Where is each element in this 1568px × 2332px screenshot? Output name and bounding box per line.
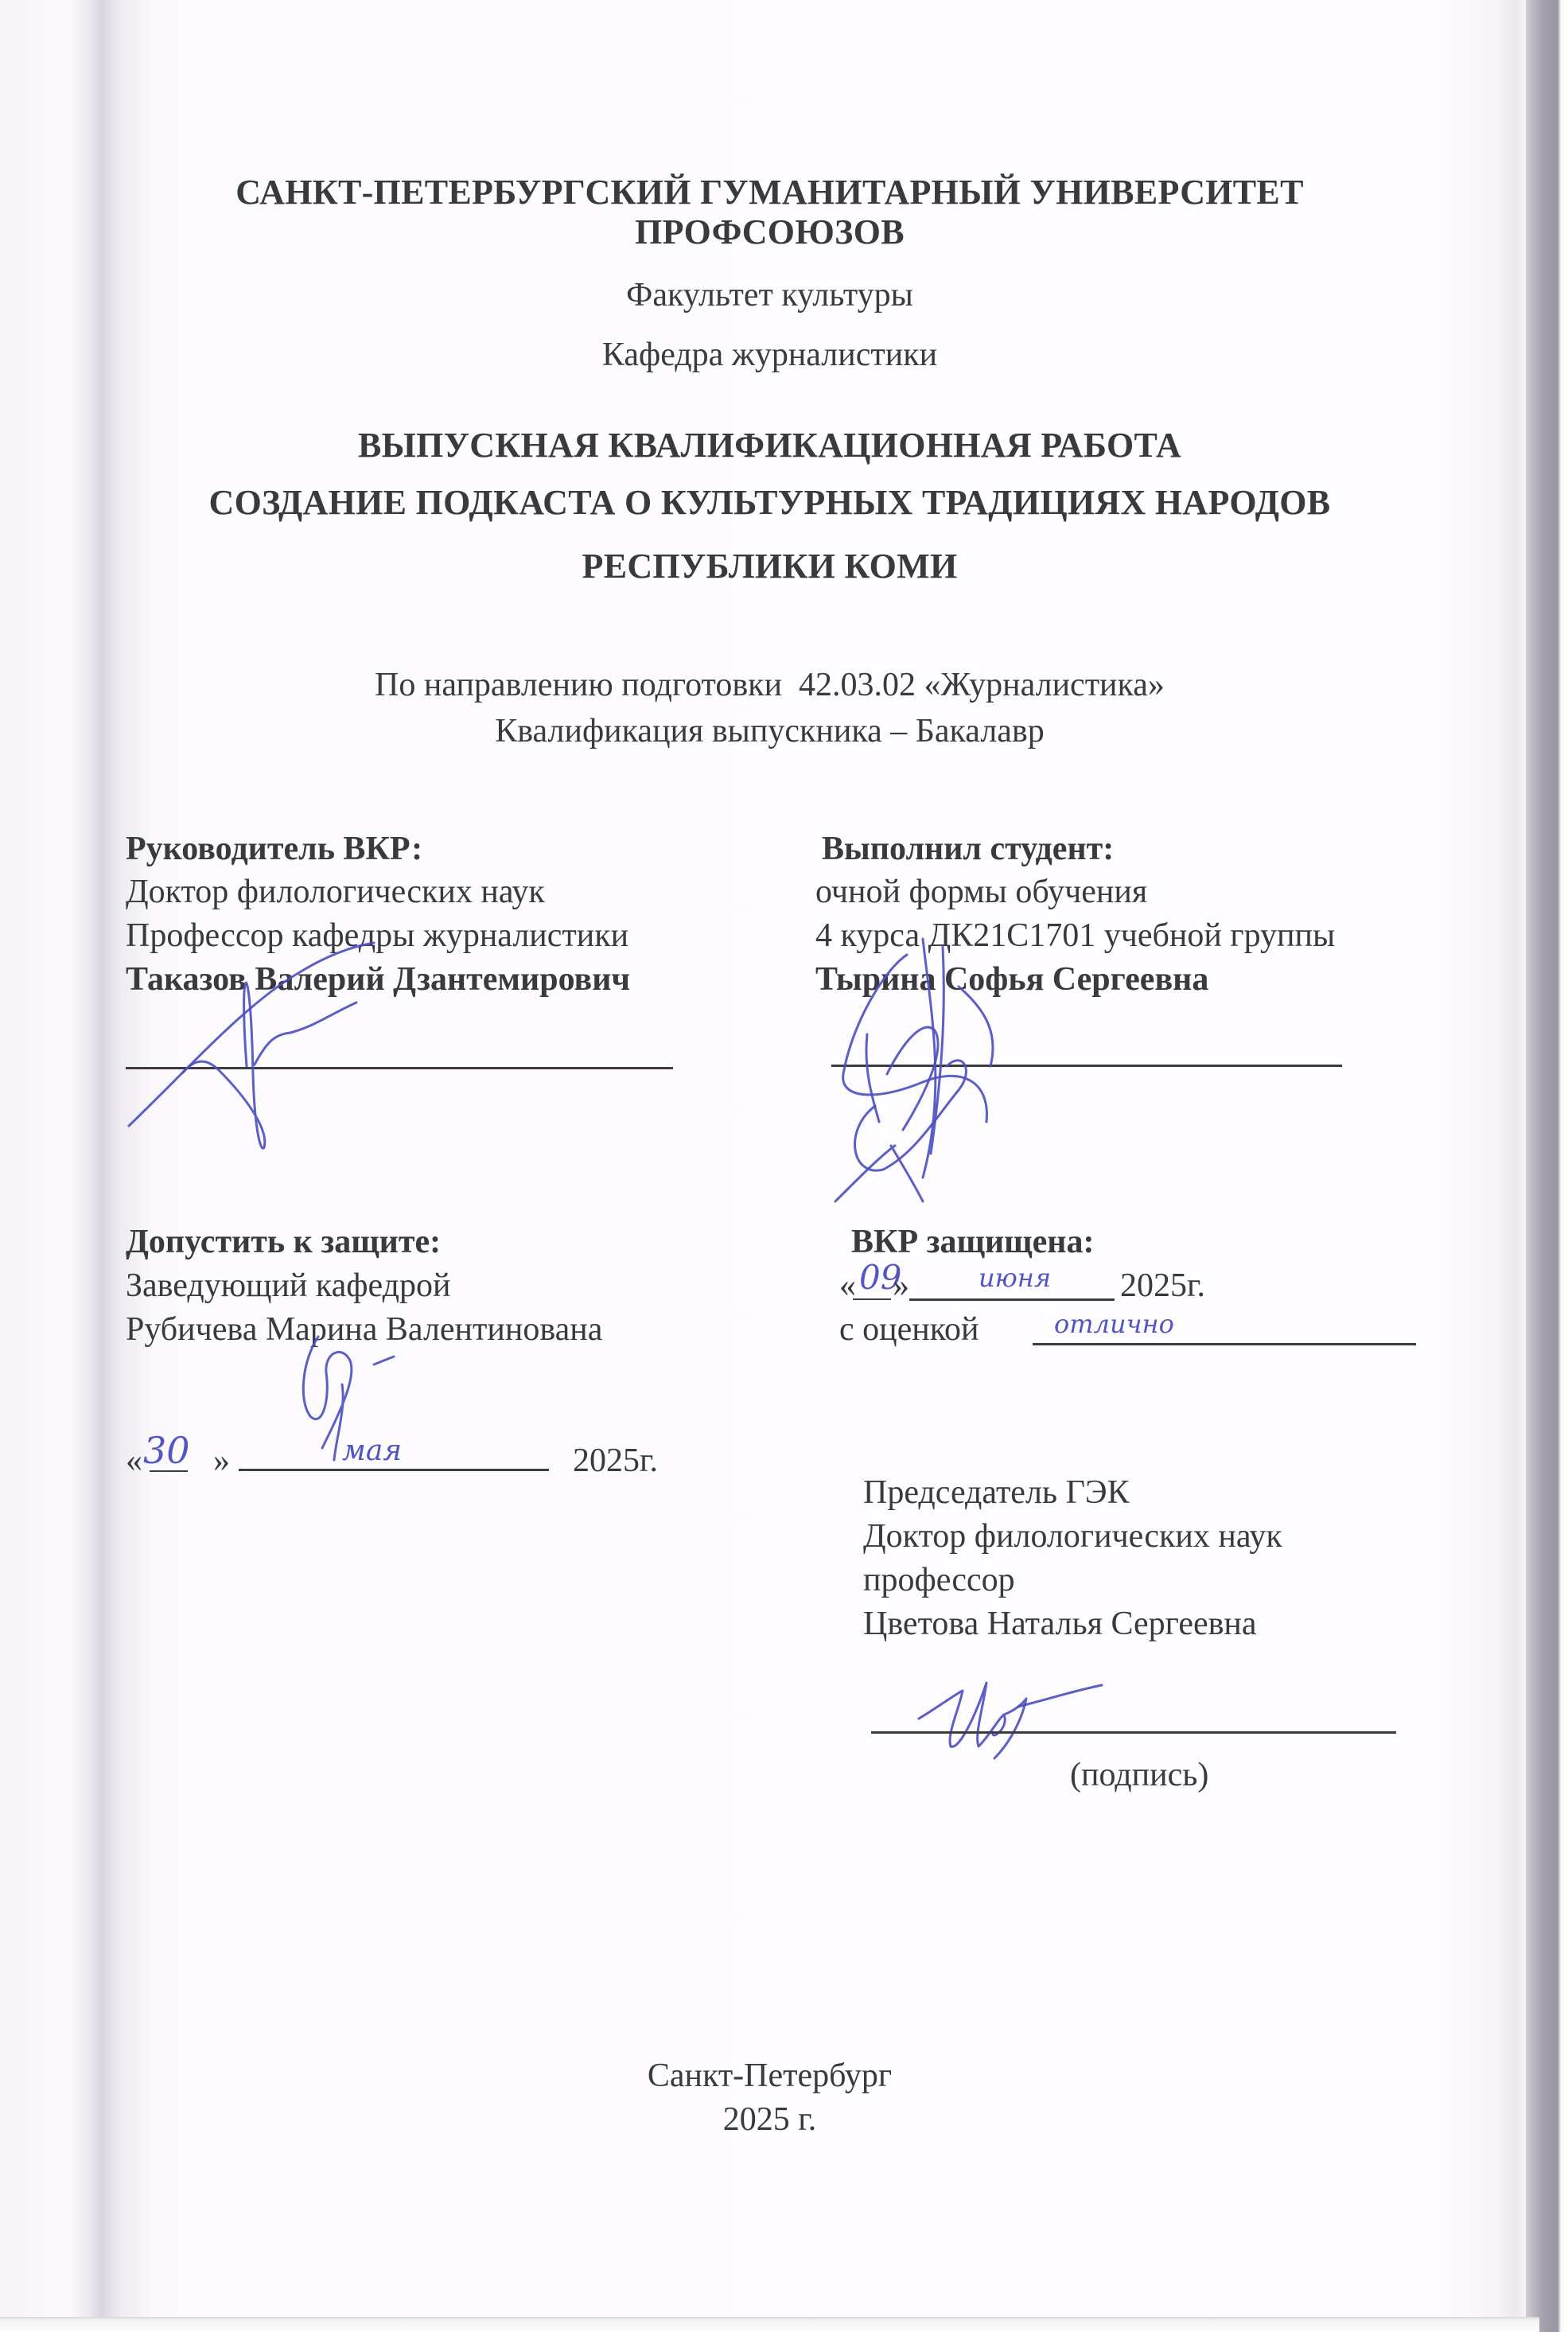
defense-day-underline <box>853 1298 891 1300</box>
topic-title-line1: СОЗДАНИЕ ПОДКАСТА О КУЛЬТУРНЫХ ТРАДИЦИЯХ… <box>0 485 1539 520</box>
admission-day-underline <box>150 1470 188 1472</box>
commission-degree: Доктор филологических наук <box>863 1520 1282 1553</box>
defense-heading: ВКР защищена: <box>851 1225 1094 1259</box>
commission-position: профессор <box>863 1563 1015 1597</box>
year: 2025 г. <box>0 2103 1539 2136</box>
supervisor-signature-icon <box>119 939 517 1193</box>
work-type-title: ВЫПУСКНАЯ КВАЛИФИКАЦИОННАЯ РАБОТА <box>0 428 1539 463</box>
admission-date-month: мая <box>342 1437 402 1466</box>
commission-signature-line <box>871 1731 1396 1734</box>
supervisor-heading: Руководитель ВКР: <box>126 832 422 866</box>
faculty-name: Факультет культуры <box>0 278 1539 312</box>
admission-position: Заведующий кафедрой <box>126 1269 450 1302</box>
defense-date-year: 2025г. <box>1120 1269 1205 1302</box>
university-name-line1: САНКТ-ПЕТЕРБУРГСКИЙ ГУМАНИТАРНЫЙ УНИВЕРС… <box>0 175 1539 210</box>
admission-date-year: 2025г. <box>573 1444 658 1477</box>
university-name-line2: ПРОФСОЮЗОВ <box>0 215 1539 250</box>
defense-date-month: июня <box>979 1265 1051 1291</box>
grade-value: отлично <box>1054 1311 1174 1337</box>
commission-name: Цветова Наталья Сергеевна <box>863 1607 1257 1641</box>
commission-signature-icon <box>915 1671 1138 1766</box>
admission-month-underline <box>239 1469 549 1471</box>
grade-label: с оценкой <box>839 1313 979 1346</box>
qualification: Квалификация выпускника – Бакалавр <box>0 714 1539 748</box>
scan-edge-bottom <box>0 2317 1539 2332</box>
student-signature-icon <box>827 891 1066 1209</box>
defense-date-close-quote: » <box>893 1269 909 1302</box>
signature-caption: (подпись) <box>1070 1758 1208 1792</box>
commission-title: Председатель ГЭК <box>863 1476 1130 1509</box>
admission-date-day: 30 <box>143 1432 190 1469</box>
city: Санкт-Петербург <box>0 2059 1539 2093</box>
admission-date-close-quote: » <box>213 1444 230 1477</box>
admission-date-open-quote: « <box>126 1444 142 1477</box>
defense-month-underline <box>909 1298 1115 1301</box>
program-direction: По направлению подготовки 42.03.02 «Журн… <box>0 668 1539 702</box>
admission-heading: Допустить к защите: <box>126 1225 441 1259</box>
student-heading: Выполнил студент: <box>822 832 1114 866</box>
supervisor-degree: Доктор филологических наук <box>126 875 545 909</box>
topic-title-line2: РЕСПУБЛИКИ КОМИ <box>0 549 1539 584</box>
department-name: Кафедра журналистики <box>0 338 1539 372</box>
defense-date-open-quote: « <box>839 1269 856 1302</box>
grade-underline <box>1033 1343 1416 1345</box>
